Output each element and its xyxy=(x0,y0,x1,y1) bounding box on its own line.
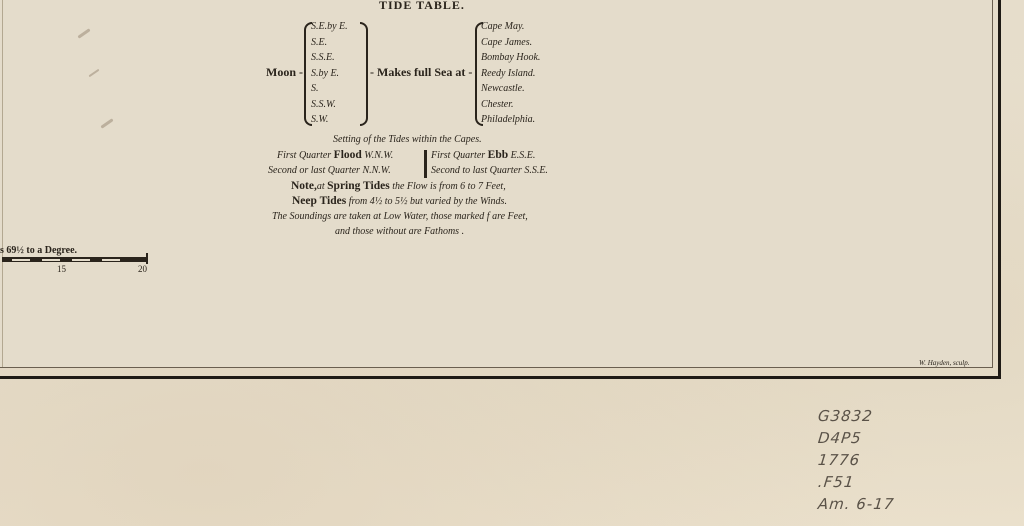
flood-first-quarter: First Quarter Flood W.N.W. xyxy=(277,149,393,161)
place-item: Newcastle. xyxy=(481,81,540,97)
tides-heading: Setting of the Tides within the Capes. xyxy=(333,134,482,145)
bearing-item: S. xyxy=(311,81,348,97)
plate-left-edge xyxy=(2,0,3,368)
call-number-line: 1776 xyxy=(817,449,896,471)
flood-second-quarter: Second or last Quarter N.N.W. xyxy=(268,165,391,176)
call-number-line: G3832 xyxy=(817,405,896,427)
inner-border-bottom xyxy=(0,367,993,368)
neep-tides-note: Neep Tides from 4½ to 5½ but varied by t… xyxy=(292,195,507,207)
moon-bearings-list: S.E.by E. S.E. S.S.E. S.by E. S. S.S.W. … xyxy=(311,19,348,128)
ebb-second-quarter: Second to last Quarter S.S.E. xyxy=(431,165,548,176)
right-bracket xyxy=(360,22,368,126)
bearing-item: S.by E. xyxy=(311,66,348,82)
bearing-item: S.W. xyxy=(311,112,348,128)
scale-bar xyxy=(2,257,147,262)
soundings-note: The Soundings are taken at Low Water, th… xyxy=(272,211,528,222)
place-item: Chester. xyxy=(481,97,540,113)
places-list: Cape May. Cape James. Bombay Hook. Reedy… xyxy=(481,19,540,128)
inner-border-right xyxy=(992,0,993,368)
place-item: Philadelphia. xyxy=(481,112,540,128)
fathoms-note: and those without are Fathoms . xyxy=(335,226,464,237)
divider-bar xyxy=(424,150,427,178)
bearing-item: S.E. xyxy=(311,35,348,51)
pencil-call-number: G3832 D4P5 1776 .F51 Am. 6-17 xyxy=(818,405,894,515)
engraver-credit: W. Hayden, sculp. xyxy=(919,359,969,367)
scale-label: s 69½ to a Degree. xyxy=(0,245,77,256)
scale-end-tick xyxy=(146,253,148,264)
call-number-line: D4P5 xyxy=(817,427,896,449)
call-number-line: Am. 6-17 xyxy=(817,493,896,515)
place-item: Cape May. xyxy=(481,19,540,35)
place-item: Cape James. xyxy=(481,35,540,51)
place-item: Reedy Island. xyxy=(481,66,540,82)
moon-label: Moon - xyxy=(266,65,303,80)
tide-table-title: TIDE TABLE. xyxy=(379,0,465,13)
bearing-item: S.S.E. xyxy=(311,50,348,66)
scale-tick-label: 20 xyxy=(138,264,147,274)
ebb-first-quarter: First Quarter Ebb E.S.E. xyxy=(431,149,535,161)
bearing-item: S.S.W. xyxy=(311,97,348,113)
outer-border-right xyxy=(998,0,1001,379)
bearing-item: S.E.by E. xyxy=(311,19,348,35)
makes-full-sea-label: - Makes full Sea at - xyxy=(370,65,472,80)
place-item: Bombay Hook. xyxy=(481,50,540,66)
scale-tick-label: 15 xyxy=(57,264,66,274)
call-number-line: .F51 xyxy=(817,471,896,493)
spring-tides-note: Note,at Spring Tides the Flow is from 6 … xyxy=(291,180,506,192)
outer-border-bottom xyxy=(0,376,1001,379)
